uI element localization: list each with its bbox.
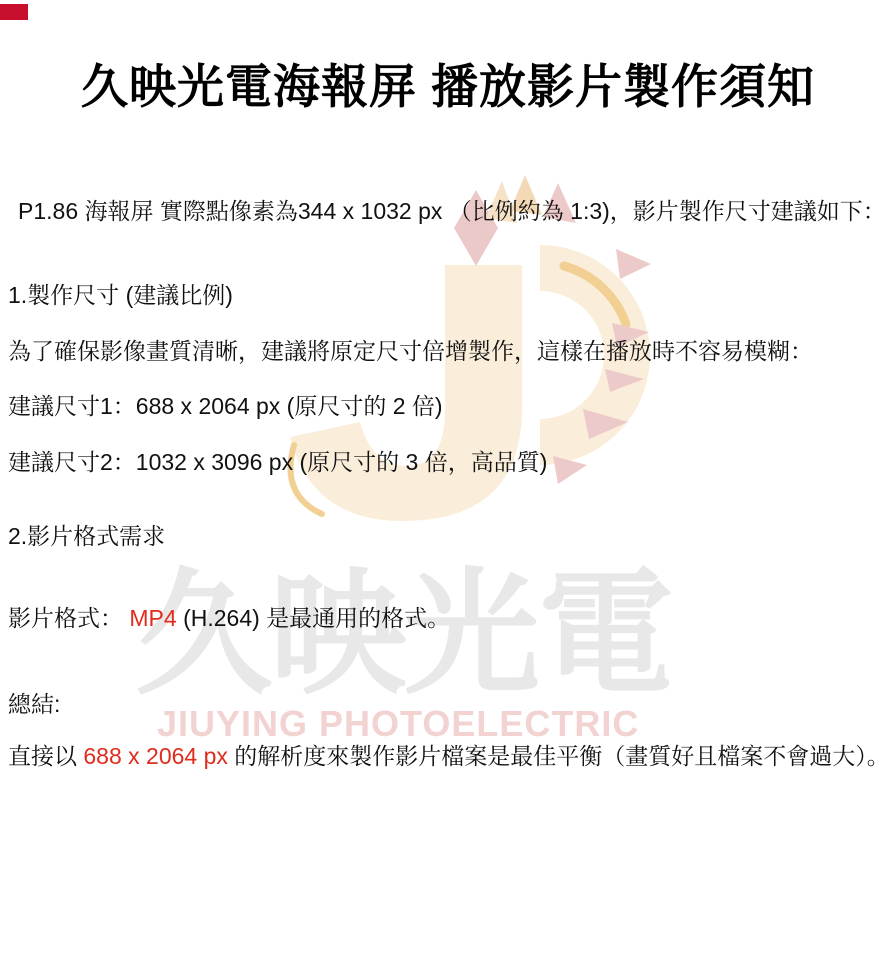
video-format-line: 影片格式： MP4 (H.264) 是最通用的格式。 [8, 603, 450, 633]
video-format-suffix: (H.264) 是最通用的格式。 [177, 605, 450, 631]
document-content: 久映光電海報屏 播放影片製作須知 P1.86 海報屏 實際點像素為344 x 1… [0, 0, 896, 960]
intro-line: P1.86 海報屏 實際點像素為344 x 1032 px （比例約為 1:3)… [18, 196, 886, 226]
video-format-prefix: 影片格式： [8, 605, 129, 631]
document-page: 久映光電 JIUYING PHOTOELECTRIC 久映光電海報屏 播放影片製… [0, 0, 896, 960]
summary-highlight: 688 x 2064 px [83, 743, 228, 769]
summary-heading: 總結: [8, 689, 60, 719]
summary-suffix: 的解析度來製作影片檔案是最佳平衡（畫質好且檔案不會過大）。 [228, 743, 890, 769]
section1-body: 為了確保影像畫質清晰，建議將原定尺寸倍增製作，這樣在播放時不容易模糊： [8, 336, 813, 366]
page-title: 久映光電海報屏 播放影片製作須知 [0, 50, 896, 117]
summary-prefix: 直接以 [8, 743, 83, 769]
section1-heading: 1.製作尺寸 (建議比例) [8, 280, 233, 310]
recommended-size-2: 建議尺寸2：1032 x 3096 px (原尺寸的 3 倍，高品質) [8, 447, 547, 477]
recommended-size-1: 建議尺寸1：688 x 2064 px (原尺寸的 2 倍) [8, 391, 443, 421]
section2-heading: 2.影片格式需求 [8, 521, 165, 551]
summary-line: 直接以 688 x 2064 px 的解析度來製作影片檔案是最佳平衡（畫質好且檔… [8, 741, 890, 771]
video-format-highlight: MP4 [129, 605, 176, 631]
